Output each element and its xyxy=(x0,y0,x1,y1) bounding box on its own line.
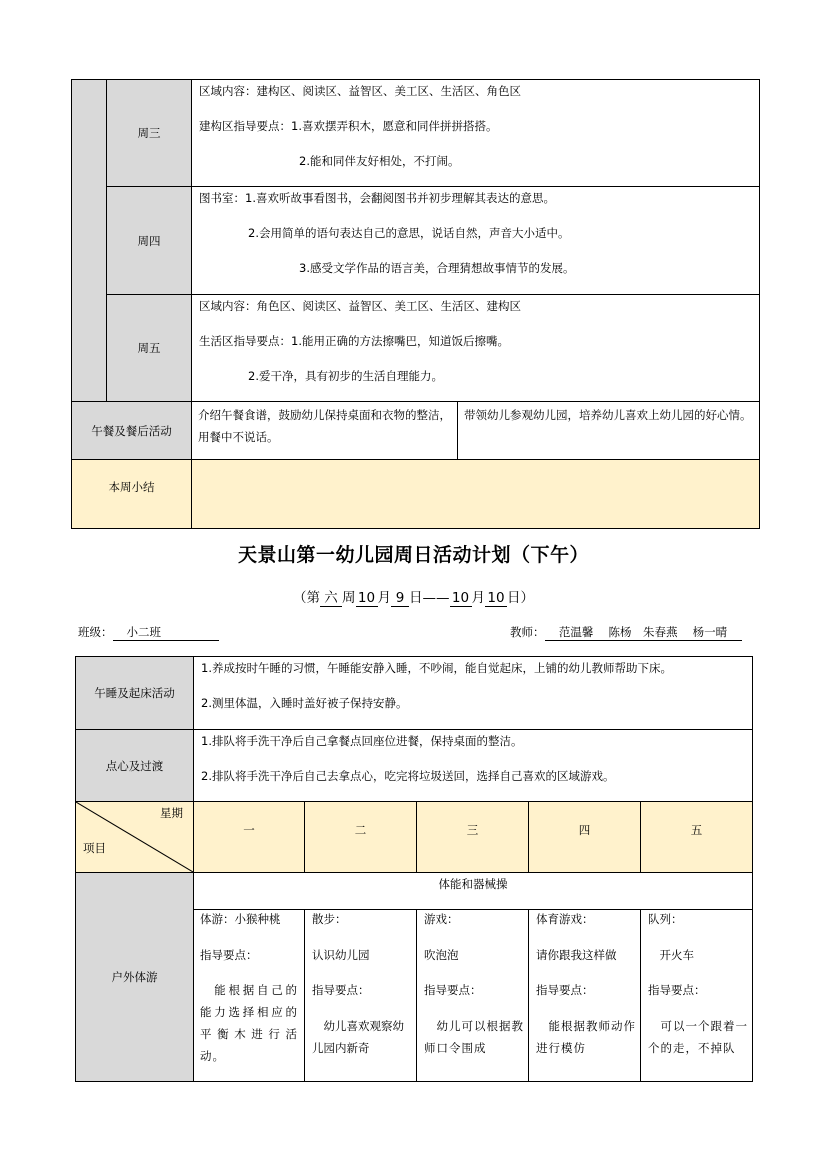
end-month: 10 xyxy=(450,591,472,607)
content-line: 2.能和同伴友好相处，不打闹。 xyxy=(299,153,459,169)
day-content-thu: 图书室：1.喜欢听故事看图书，会翻阅图书并初步理解其表达的意思。 2.会用简单的… xyxy=(191,186,760,295)
outdoor-day-wed: 游戏： 吹泡泡 指导要点： 幼儿可以根据教师口令围成 xyxy=(416,909,529,1082)
summary-label: 本周小结 xyxy=(109,479,155,495)
content-line: 2.会用简单的语句表达自己的意思，说话自然，声音大小适中。 xyxy=(248,225,569,241)
day-header-mon: 一 xyxy=(193,801,305,873)
activity-name: 开火车 xyxy=(648,947,694,963)
day-label-text: 周五 xyxy=(138,340,161,356)
summary-content-cell[interactable] xyxy=(191,459,760,529)
week-prefix: （第 xyxy=(293,590,320,606)
activity-title: 体游：小猴种桃 xyxy=(200,911,281,927)
nap-label-cell: 午睡及起床活动 xyxy=(75,656,194,730)
start-month: 10 xyxy=(356,591,378,607)
week-range: （第六周10月9日——10月10日） xyxy=(0,586,827,607)
guidance-text: 能根据自己的能力选择相应的平衡木进行活动。 xyxy=(200,979,298,1067)
activity-name: 认识幼儿园 xyxy=(312,947,370,963)
content-line: 建构区指导要点：1.喜欢摆弄积木，愿意和同伴拼拼搭搭。 xyxy=(199,118,497,134)
day-label-text: 周四 xyxy=(138,233,161,249)
content-line: 2.排队将手洗干净后自己去拿点心，吃完将垃圾送回，选择自己喜欢的区域游戏。 xyxy=(201,768,614,784)
teacher-label: 教师： xyxy=(510,625,545,639)
content-line: 2.测里体温，入睡时盖好被子保持安静。 xyxy=(201,695,407,711)
lunch-left-cell: 介绍午餐食谱，鼓励幼儿保持桌面和衣物的整洁，用餐中不说话。 xyxy=(191,401,458,460)
class-label: 班级： xyxy=(78,625,113,639)
day-label-thu: 周四 xyxy=(106,186,192,295)
end-day: 10 xyxy=(485,591,507,607)
content-line: 区域内容：角色区、阅读区、益智区、美工区、生活区、建构区 xyxy=(199,298,521,314)
month-char: 月 xyxy=(472,590,486,606)
content-line: 1.排队将手洗干净后自己拿餐点回座位进餐，保持桌面的整洁。 xyxy=(201,733,522,749)
day-header-text: 三 xyxy=(467,822,479,838)
activity-title: 体育游戏： xyxy=(536,911,594,927)
day-label-wed: 周三 xyxy=(106,79,192,187)
guidance-label: 指导要点： xyxy=(424,982,482,998)
day-char: 日 xyxy=(409,590,423,606)
week-number: 六 xyxy=(320,591,342,607)
guidance-label: 指导要点： xyxy=(648,982,706,998)
outdoor-day-tue: 散步： 认识幼儿园 指导要点： 幼儿喜欢观察幼儿园内新奇 xyxy=(304,909,417,1082)
content-line: 图书室：1.喜欢听故事看图书，会翻阅图书并初步理解其表达的意思。 xyxy=(199,190,555,206)
outdoor-day-thu: 体育游戏： 请你跟我这样做 指导要点： 能根据教师动作进行模仿 xyxy=(528,909,641,1082)
guidance-text: 幼儿可以根据教师口令围成 xyxy=(424,1015,524,1059)
teacher-names: 范温馨 陈杨 朱春燕 杨一晴 xyxy=(545,625,742,641)
dash: —— xyxy=(423,590,450,606)
summary-label-cell: 本周小结 xyxy=(71,459,192,529)
outdoor-label: 户外体游 xyxy=(112,969,158,985)
corner-header-cell: 星期 项目 xyxy=(75,801,194,873)
guidance-label: 指导要点： xyxy=(536,982,594,998)
outdoor-day-mon: 体游：小猴种桃 指导要点： 能根据自己的能力选择相应的平衡木进行活动。 xyxy=(193,909,305,1082)
content-line: 1.养成按时午睡的习惯，午睡能安静入睡，不吵闹，能自觉起床，上铺的幼儿教师帮助下… xyxy=(201,660,672,676)
snack-label-cell: 点心及过渡 xyxy=(75,729,194,802)
outdoor-day-fri: 队列： 开火车 指导要点： 可以一个跟着一个的走，不掉队 xyxy=(640,909,753,1082)
lunch-right-text: 带领幼儿参观幼儿园，培养幼儿喜欢上幼儿园的好心情。 xyxy=(464,404,753,426)
day-header-thu: 四 xyxy=(528,801,641,873)
lunch-left-text: 介绍午餐食谱，鼓励幼儿保持桌面和衣物的整洁，用餐中不说话。 xyxy=(198,404,451,448)
guidance-label: 指导要点： xyxy=(312,982,370,998)
week-suffix-end: 日） xyxy=(507,590,534,606)
guidance-text: 能根据教师动作进行模仿 xyxy=(536,1015,636,1059)
guidance-text: 可以一个跟着一个的走，不掉队 xyxy=(648,1015,748,1059)
week-suffix: 周 xyxy=(342,590,356,606)
content-line: 2.爱干净，具有初步的生活自理能力。 xyxy=(248,368,443,384)
lunch-label-cell: 午餐及餐后活动 xyxy=(71,401,192,460)
outdoor-banner-cell: 体能和器械操 xyxy=(193,872,753,910)
page-title: 天景山第一幼儿园周日活动计划（下午） xyxy=(0,540,827,567)
content-line: 3.感受文学作品的语言美，合理猜想故事情节的发展。 xyxy=(299,260,574,276)
activity-title: 队列： xyxy=(648,911,683,927)
content-line: 生活区指导要点：1.能用正确的方法擦嘴巴，知道饭后擦嘴。 xyxy=(199,333,509,349)
day-content-fri: 区域内容：角色区、阅读区、益智区、美工区、生活区、建构区 生活区指导要点：1.能… xyxy=(191,294,760,402)
day-label-text: 周三 xyxy=(138,125,161,141)
group-side-cell xyxy=(71,79,107,402)
day-header-text: 一 xyxy=(243,822,255,838)
guidance-label: 指导要点： xyxy=(200,947,258,963)
nap-label: 午睡及起床活动 xyxy=(94,685,175,701)
day-header-text: 四 xyxy=(579,822,591,838)
snack-label: 点心及过渡 xyxy=(106,758,164,774)
teacher-info: 教师：范温馨 陈杨 朱春燕 杨一晴 xyxy=(510,624,742,641)
corner-weekday-label: 星期 xyxy=(160,805,183,821)
content-line: 区域内容：建构区、阅读区、益智区、美工区、生活区、角色区 xyxy=(199,83,521,99)
day-label-fri: 周五 xyxy=(106,294,192,402)
class-value: 小二班 xyxy=(113,625,219,641)
nap-content-cell: 1.养成按时午睡的习惯，午睡能安静入睡，不吵闹，能自觉起床，上铺的幼儿教师帮助下… xyxy=(193,656,753,730)
guidance-text: 幼儿喜欢观察幼儿园内新奇 xyxy=(312,1015,412,1059)
class-info: 班级：小二班 xyxy=(78,624,219,641)
day-header-text: 二 xyxy=(355,822,367,838)
start-day: 9 xyxy=(391,591,409,607)
lunch-label: 午餐及餐后活动 xyxy=(91,423,172,439)
outdoor-label-cell: 户外体游 xyxy=(75,872,194,1082)
day-header-text: 五 xyxy=(691,822,703,838)
activity-title: 游戏： xyxy=(424,911,459,927)
outdoor-banner: 体能和器械操 xyxy=(194,876,752,892)
day-header-tue: 二 xyxy=(304,801,417,873)
activity-title: 散步： xyxy=(312,911,347,927)
day-content-wed: 区域内容：建构区、阅读区、益智区、美工区、生活区、角色区 建构区指导要点：1.喜… xyxy=(191,79,760,187)
month-char: 月 xyxy=(378,590,392,606)
activity-name: 吹泡泡 xyxy=(424,947,459,963)
snack-content-cell: 1.排队将手洗干净后自己拿餐点回座位进餐，保持桌面的整洁。 2.排队将手洗干净后… xyxy=(193,729,753,802)
activity-name: 请你跟我这样做 xyxy=(536,947,617,963)
day-header-wed: 三 xyxy=(416,801,529,873)
corner-item-label: 项目 xyxy=(83,840,106,856)
day-header-fri: 五 xyxy=(640,801,753,873)
lunch-right-cell: 带领幼儿参观幼儿园，培养幼儿喜欢上幼儿园的好心情。 xyxy=(457,401,760,460)
